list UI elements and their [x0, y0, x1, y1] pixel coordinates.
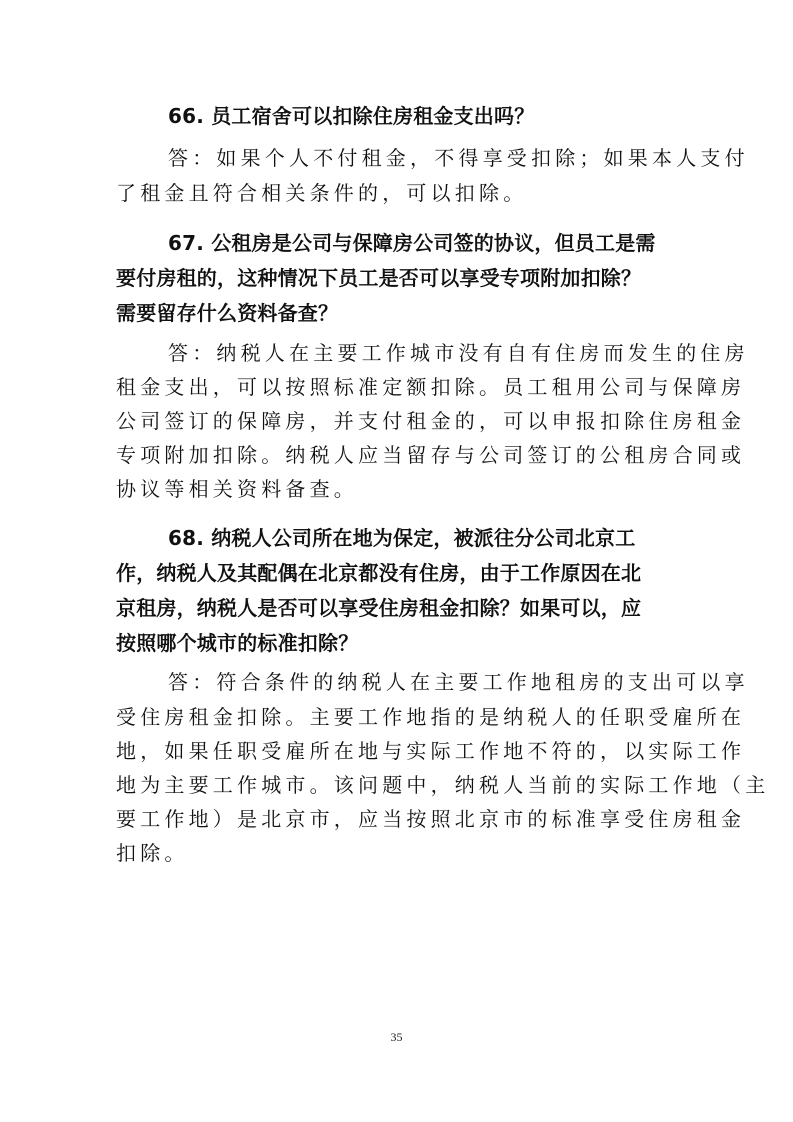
question-68-line-3: 京租房，纳税人是否可以享受住房租金扣除？如果可以，应: [116, 596, 641, 620]
document-page: 66. 员工宿舍可以扣除住房租金支出吗？ 答：如果个人不付租金，不得享受扣除；如…: [0, 0, 793, 1122]
answer-67-line-1: 答：纳税人在主要工作城市没有自有住房而发生的住房: [168, 341, 749, 365]
question-67-line-3: 需要留存什么资料备查？: [116, 301, 338, 325]
answer-67-line-3: 公司签订的保障房，并支付租金的，可以申报扣除住房租金: [116, 409, 745, 433]
answer-67-line-5: 协议等相关资料备查。: [116, 477, 358, 501]
question-68-line-2: 作，纳税人及其配偶在北京都没有住房，由于工作原因在北: [116, 561, 641, 585]
answer-68-line-6: 扣除。: [116, 841, 189, 865]
answer-68-line-2: 受住房租金扣除。主要工作地指的是纳税人的任职受雇所在: [116, 705, 745, 729]
answer-66-line-1: 答：如果个人不付租金，不得享受扣除；如果本人支付: [168, 146, 749, 170]
question-67-line-1: 67. 公租房是公司与保障房公司签的协议，但员工是需: [168, 231, 656, 255]
page-number: 35: [0, 1030, 793, 1045]
question-66-line-1: 66. 员工宿舍可以扣除住房租金支出吗？: [168, 104, 534, 128]
answer-68-line-5: 要工作地）是北京市，应当按照北京市的标准享受住房租金: [116, 807, 745, 831]
question-68-line-1: 68. 纳税人公司所在地为保定，被派往分公司北京工: [168, 526, 635, 550]
answer-68-line-1: 答：符合条件的纳税人在主要工作地租房的支出可以享: [168, 670, 749, 694]
answer-67-line-4: 专项附加扣除。纳税人应当留存与公司签订的公租房合同或: [116, 443, 745, 467]
answer-68-line-4: 地为主要工作城市。该问题中，纳税人当前的实际工作地（主: [116, 773, 769, 797]
answer-66-line-2: 了租金且符合相关条件的，可以扣除。: [116, 181, 527, 205]
answer-68-line-3: 地，如果任职受雇所在地与实际工作地不符的，以实际工作: [116, 739, 745, 763]
question-68-line-4: 按照哪个城市的标准扣除？: [116, 631, 358, 655]
answer-67-line-2: 租金支出，可以按照标准定额扣除。员工租用公司与保障房: [116, 375, 745, 399]
question-67-line-2: 要付房租的，这种情况下员工是否可以享受专项附加扣除？: [116, 266, 641, 290]
